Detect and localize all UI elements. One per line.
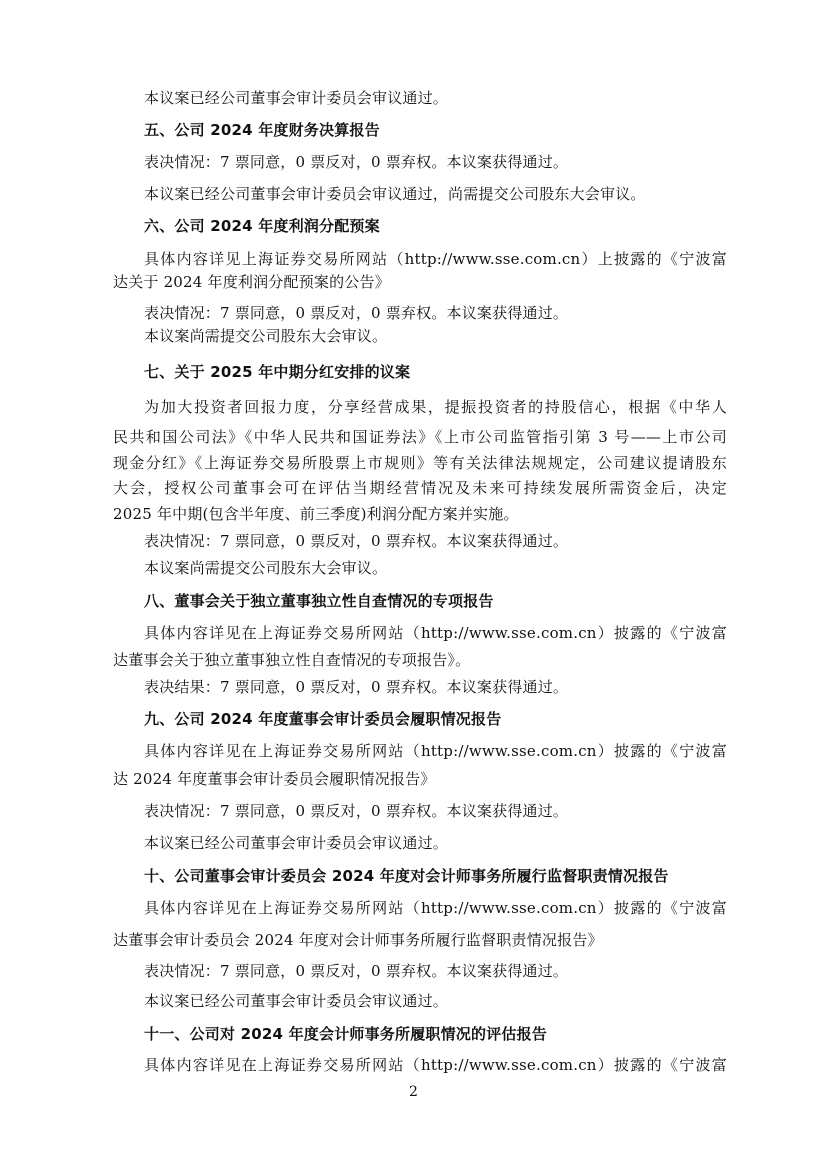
paragraph-line: 具体内容详见在上海证券交易所网站（http://www.sse.com.cn）披… [144,741,727,761]
paragraph-line: 具体内容详见上海证券交易所网站（http://www.sse.com.cn）上披… [144,249,727,269]
page-number: 2 [0,1082,827,1102]
paragraph-line: 本议案尚需提交公司股东大会审议。 [144,558,727,578]
paragraph-line: 大会，授权公司董事会可在评估当期经营情况及未来可持续发展所需资金后，决定 [113,478,727,498]
section-heading: 五、公司 2024 年度财务决算报告 [144,120,727,140]
paragraph-line: 达董事会关于独立董事独立性自查情况的专项报告》。 [113,650,727,670]
paragraph-line: 本议案已经公司董事会审计委员会审议通过，尚需提交公司股东大会审议。 [144,184,727,204]
paragraph-line: 为加大投资者回报力度，分享经营成果，提振投资者的持股信心，根据《中华人 [144,397,727,417]
paragraph-line: 达 2024 年度董事会审计委员会履职情况报告》 [113,769,727,789]
paragraph-line: 表决情况：7 票同意，0 票反对，0 票弃权。本议案获得通过。 [144,531,727,551]
paragraph-line: 具体内容详见在上海证券交易所网站（http://www.sse.com.cn）披… [144,1055,727,1075]
section-heading: 十一、公司对 2024 年度会计师事务所履职情况的评估报告 [144,1024,727,1044]
paragraph-line: 本议案已经公司董事会审计委员会审议通过。 [144,991,727,1011]
section-heading: 六、公司 2024 年度利润分配预案 [144,216,727,236]
paragraph-line: 本议案已经公司董事会审计委员会审议通过。 [144,88,727,108]
paragraph-line: 表决结果：7 票同意，0 票反对，0 票弃权。本议案获得通过。 [144,677,727,697]
paragraph-line: 具体内容详见在上海证券交易所网站（http://www.sse.com.cn）披… [144,623,727,643]
section-heading: 八、董事会关于独立董事独立性自查情况的专项报告 [144,591,727,611]
paragraph-line: 本议案已经公司董事会审计委员会审议通过。 [144,833,727,853]
paragraph-line: 达董事会审计委员会 2024 年度对会计师事务所履行监督职责情况报告》 [113,930,727,950]
section-heading: 九、公司 2024 年度董事会审计委员会履职情况报告 [144,709,727,729]
paragraph-line: 表决情况：7 票同意，0 票反对，0 票弃权。本议案获得通过。 [144,801,727,821]
paragraph-line: 现金分红》《上海证券交易所股票上市规则》等有关法律法规规定，公司建议提请股东 [113,453,727,473]
paragraph-line: 民共和国公司法》《中华人民共和国证券法》《上市公司监管指引第 3 号——上市公司 [113,427,727,447]
paragraph-line: 表决情况：7 票同意，0 票反对，0 票弃权。本议案获得通过。 [144,303,727,323]
paragraph-line: 达关于 2024 年度利润分配预案的公告》 [113,272,727,292]
document-page: 本议案已经公司董事会审计委员会审议通过。五、公司 2024 年度财务决算报告表决… [0,0,827,1170]
paragraph-line: 2025 年中期(包含半年度、前三季度)利润分配方案并实施。 [113,504,727,524]
paragraph-line: 表决情况：7 票同意，0 票反对，0 票弃权。本议案获得通过。 [144,152,727,172]
section-heading: 十、公司董事会审计委员会 2024 年度对会计师事务所履行监督职责情况报告 [144,866,727,886]
section-heading: 七、关于 2025 年中期分红安排的议案 [144,362,727,382]
paragraph-line: 具体内容详见在上海证券交易所网站（http://www.sse.com.cn）披… [144,898,727,918]
paragraph-line: 本议案尚需提交公司股东大会审议。 [144,326,727,346]
paragraph-line: 表决情况：7 票同意，0 票反对，0 票弃权。本议案获得通过。 [144,961,727,981]
